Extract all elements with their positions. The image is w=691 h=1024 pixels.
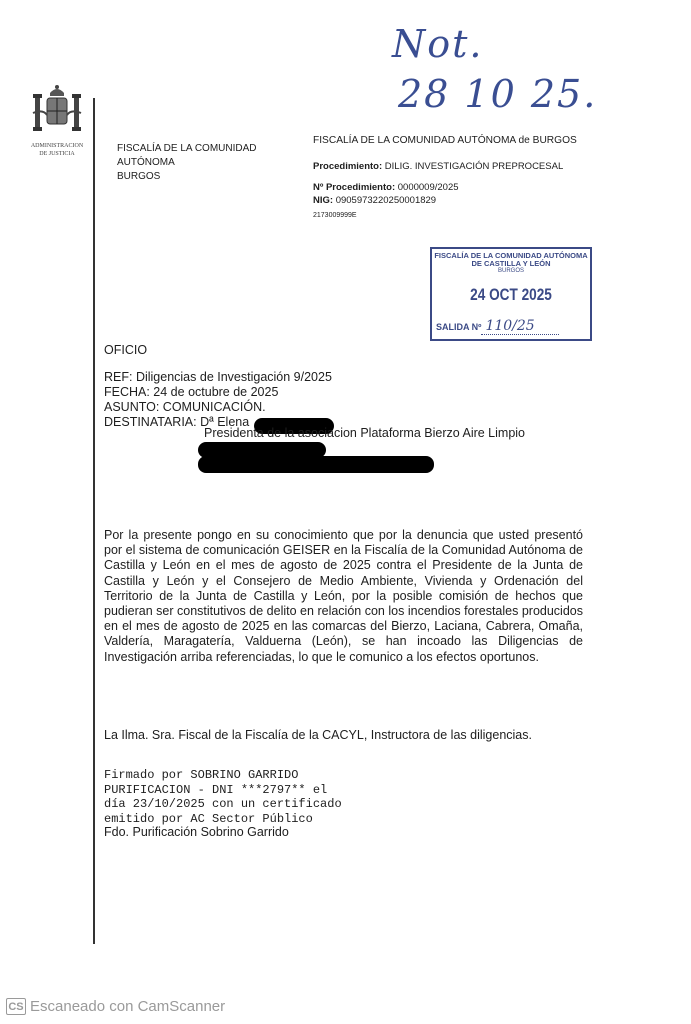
document-code: 2173009999E xyxy=(313,212,357,219)
instructora: La Ilma. Sra. Fiscal de la Fiscalía de l… xyxy=(104,728,532,742)
handwritten-note-line1: Not. xyxy=(392,22,483,66)
crest-caption: ADMINISTRACION DE JUSTICIA xyxy=(22,142,92,158)
salida-label: SALIDA Nº xyxy=(436,322,481,332)
handwritten-note-line2: 28 10 25. xyxy=(398,72,597,116)
nig-value: 0905973220250001829 xyxy=(336,195,436,206)
stamp-line3: BURGOS xyxy=(432,268,590,275)
num-procedimiento: Nº Procedimiento: 0000009/2025 xyxy=(313,182,459,193)
margin-line xyxy=(93,98,95,944)
right-header-title: FISCALÍA DE LA COMUNIDAD AUTÓNOMA de BUR… xyxy=(313,135,577,146)
crest-caption-line1: ADMINISTRACION xyxy=(22,142,92,150)
fecha: FECHA: 24 de octubre de 2025 xyxy=(104,385,332,400)
stamp-salida: SALIDA Nº110/25 xyxy=(436,318,559,334)
left-header: FISCALÍA DE LA COMUNIDAD AUTÓNOMA BURGOS xyxy=(117,142,256,184)
camscanner-footer: CS Escaneado con CamScanner xyxy=(6,998,225,1015)
ref: REF: Diligencias de Investigación 9/2025 xyxy=(104,370,332,385)
camscanner-icon: CS xyxy=(6,998,26,1015)
stamp-date: 24 OCT 2025 xyxy=(448,285,574,305)
body-paragraph: Por la presente pongo en su conocimiento… xyxy=(104,528,583,665)
registry-stamp: FISCALÍA DE LA COMUNIDAD AUTÓNOMA DE CAS… xyxy=(430,247,592,341)
digital-signature: Firmado por SOBRINO GARRIDO PURIFICACION… xyxy=(104,768,342,826)
nig: NIG: 0905973220250001829 xyxy=(313,195,436,206)
num-procedimiento-value: 0000009/2025 xyxy=(398,182,459,193)
procedimiento-value: DILIG. INVESTIGACIÓN PREPROCESAL xyxy=(385,161,563,172)
procedimiento: Procedimiento: DILIG. INVESTIGACIÓN PREP… xyxy=(313,161,563,172)
presidenta: Presidenta de la asociacion Plataforma B… xyxy=(204,426,525,440)
crest-caption-line2: DE JUSTICIA xyxy=(22,150,92,158)
left-header-line1: FISCALÍA DE LA COMUNIDAD xyxy=(117,142,256,156)
redaction-address-2 xyxy=(198,456,434,473)
left-header-line2: AUTÓNOMA xyxy=(117,156,256,170)
stamp-line2: DE CASTILLA Y LEÓN xyxy=(432,260,590,268)
procedimiento-label: Procedimiento: xyxy=(313,161,382,172)
salida-number: 110/25 xyxy=(481,318,558,335)
footer-text: Escaneado con CamScanner xyxy=(30,998,225,1015)
coat-of-arms-icon xyxy=(28,83,86,141)
nig-label: NIG: xyxy=(313,195,333,206)
num-procedimiento-label: Nº Procedimiento: xyxy=(313,182,395,193)
asunto: ASUNTO: COMUNICACIÓN. xyxy=(104,400,332,415)
left-header-line3: BURGOS xyxy=(117,170,256,184)
signatory: Fdo. Purificación Sobrino Garrido xyxy=(104,825,289,839)
document-type: OFICIO xyxy=(104,343,147,357)
